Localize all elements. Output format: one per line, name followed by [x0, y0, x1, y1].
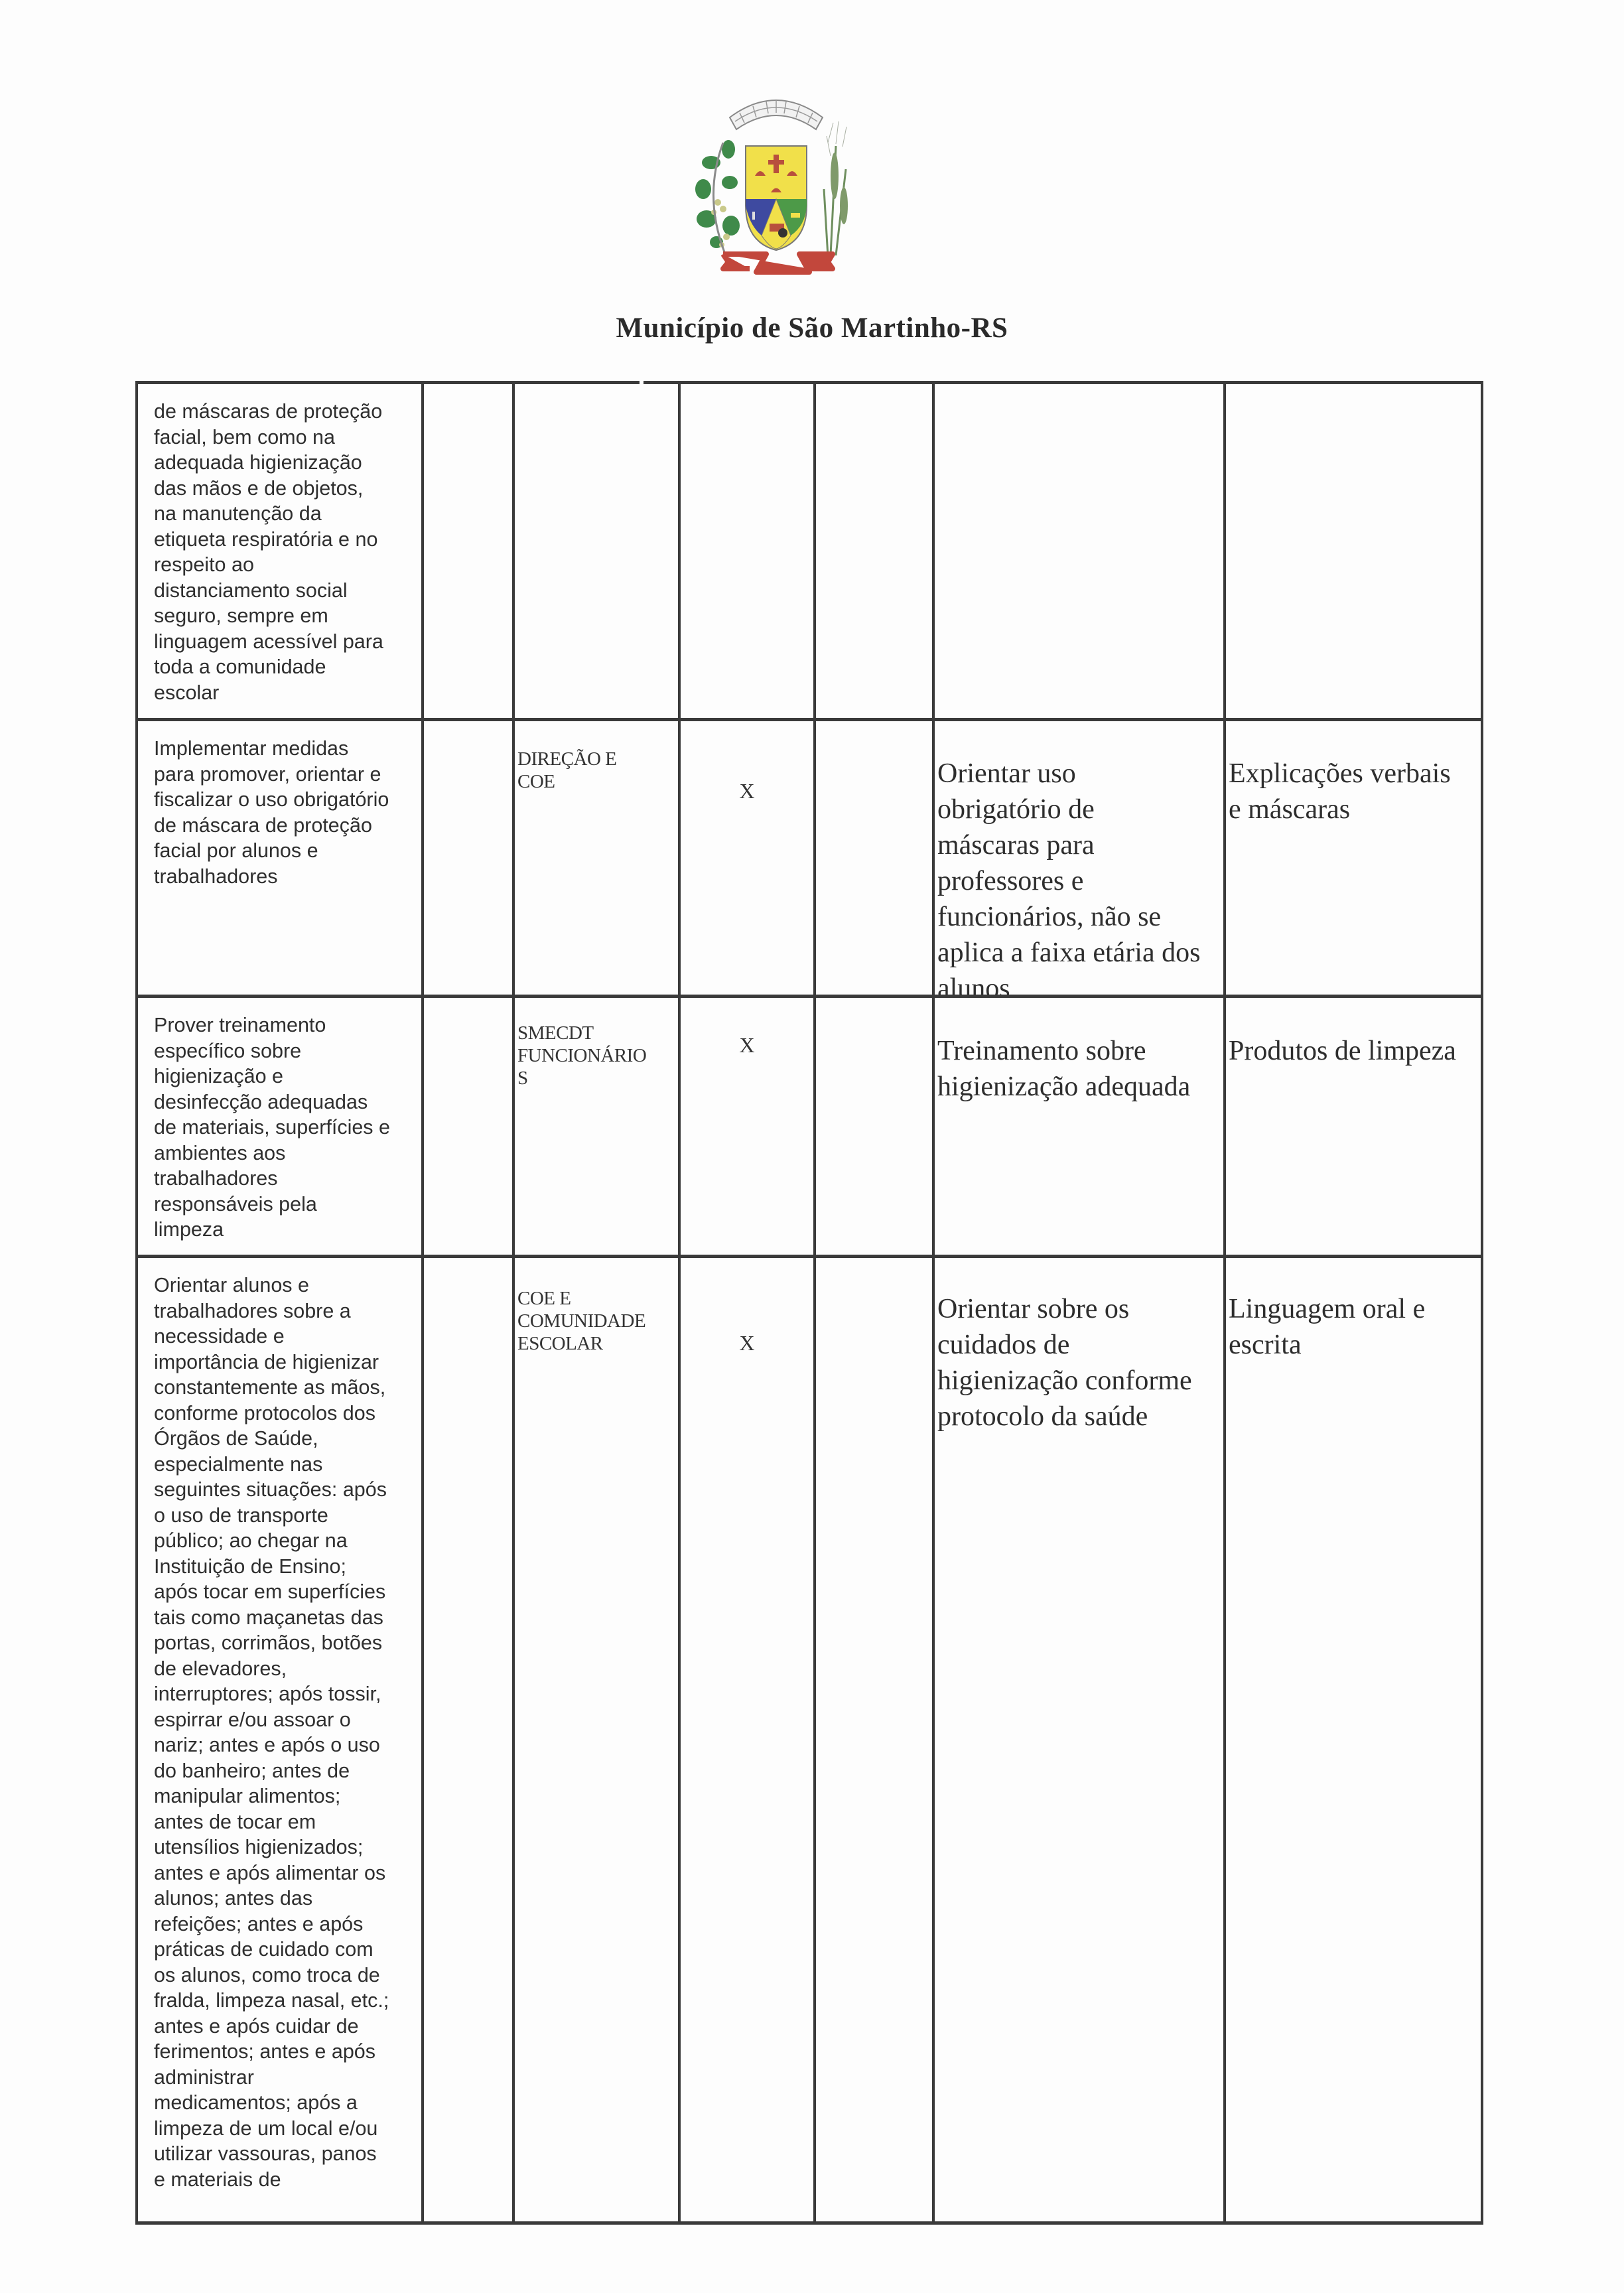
row3-action-cell: Prover treinamento específico sobre higi…	[138, 998, 421, 1255]
column-divider	[678, 381, 681, 2225]
scan-artifact	[640, 380, 643, 386]
row2-strategy-cell: Orientar uso obrigatório de máscaras par…	[935, 756, 1223, 995]
column-divider	[813, 381, 816, 2225]
row3-responsible-cell: SMECDT FUNCIONÁRIO S	[515, 998, 678, 1255]
page-title: Município de São Martinho-RS	[0, 312, 1624, 344]
row4-responsible-cell: COE E COMUNIDADE ESCOLAR	[515, 1258, 678, 1457]
action-plan-table: de máscaras de proteção facial, bem como…	[135, 381, 1482, 2224]
table-border-right	[1481, 381, 1483, 2225]
row3-check-mark: X	[681, 1033, 813, 1058]
row3-strategy-cell: Treinamento sobre higienização adequada	[935, 1033, 1223, 1252]
row4-resources-cell: Linguagem oral e escrita	[1226, 1291, 1481, 1510]
row1-action-cell: de máscaras de proteção facial, bem como…	[138, 384, 421, 718]
row4-strategy-cell: Orientar sobre os cuidados de higienizaç…	[935, 1291, 1223, 1510]
row2-resources-cell: Explicações verbais e máscaras	[1226, 756, 1481, 995]
row2-check-mark: X	[681, 779, 813, 803]
row3-resources-cell: Produtos de limpeza	[1226, 1033, 1481, 1252]
coat-of-arms-logo	[677, 83, 876, 275]
row4-check-mark: X	[681, 1331, 813, 1355]
table-border-bottom	[135, 2221, 1483, 2225]
column-divider	[421, 381, 424, 2225]
row4-action-cell: Orientar alunos e trabalhadores sobre a …	[138, 1258, 421, 2221]
row2-action-cell: Implementar medidas para promover, orien…	[138, 721, 421, 995]
row2-responsible-cell: DIREÇÃO E COE	[515, 721, 678, 995]
